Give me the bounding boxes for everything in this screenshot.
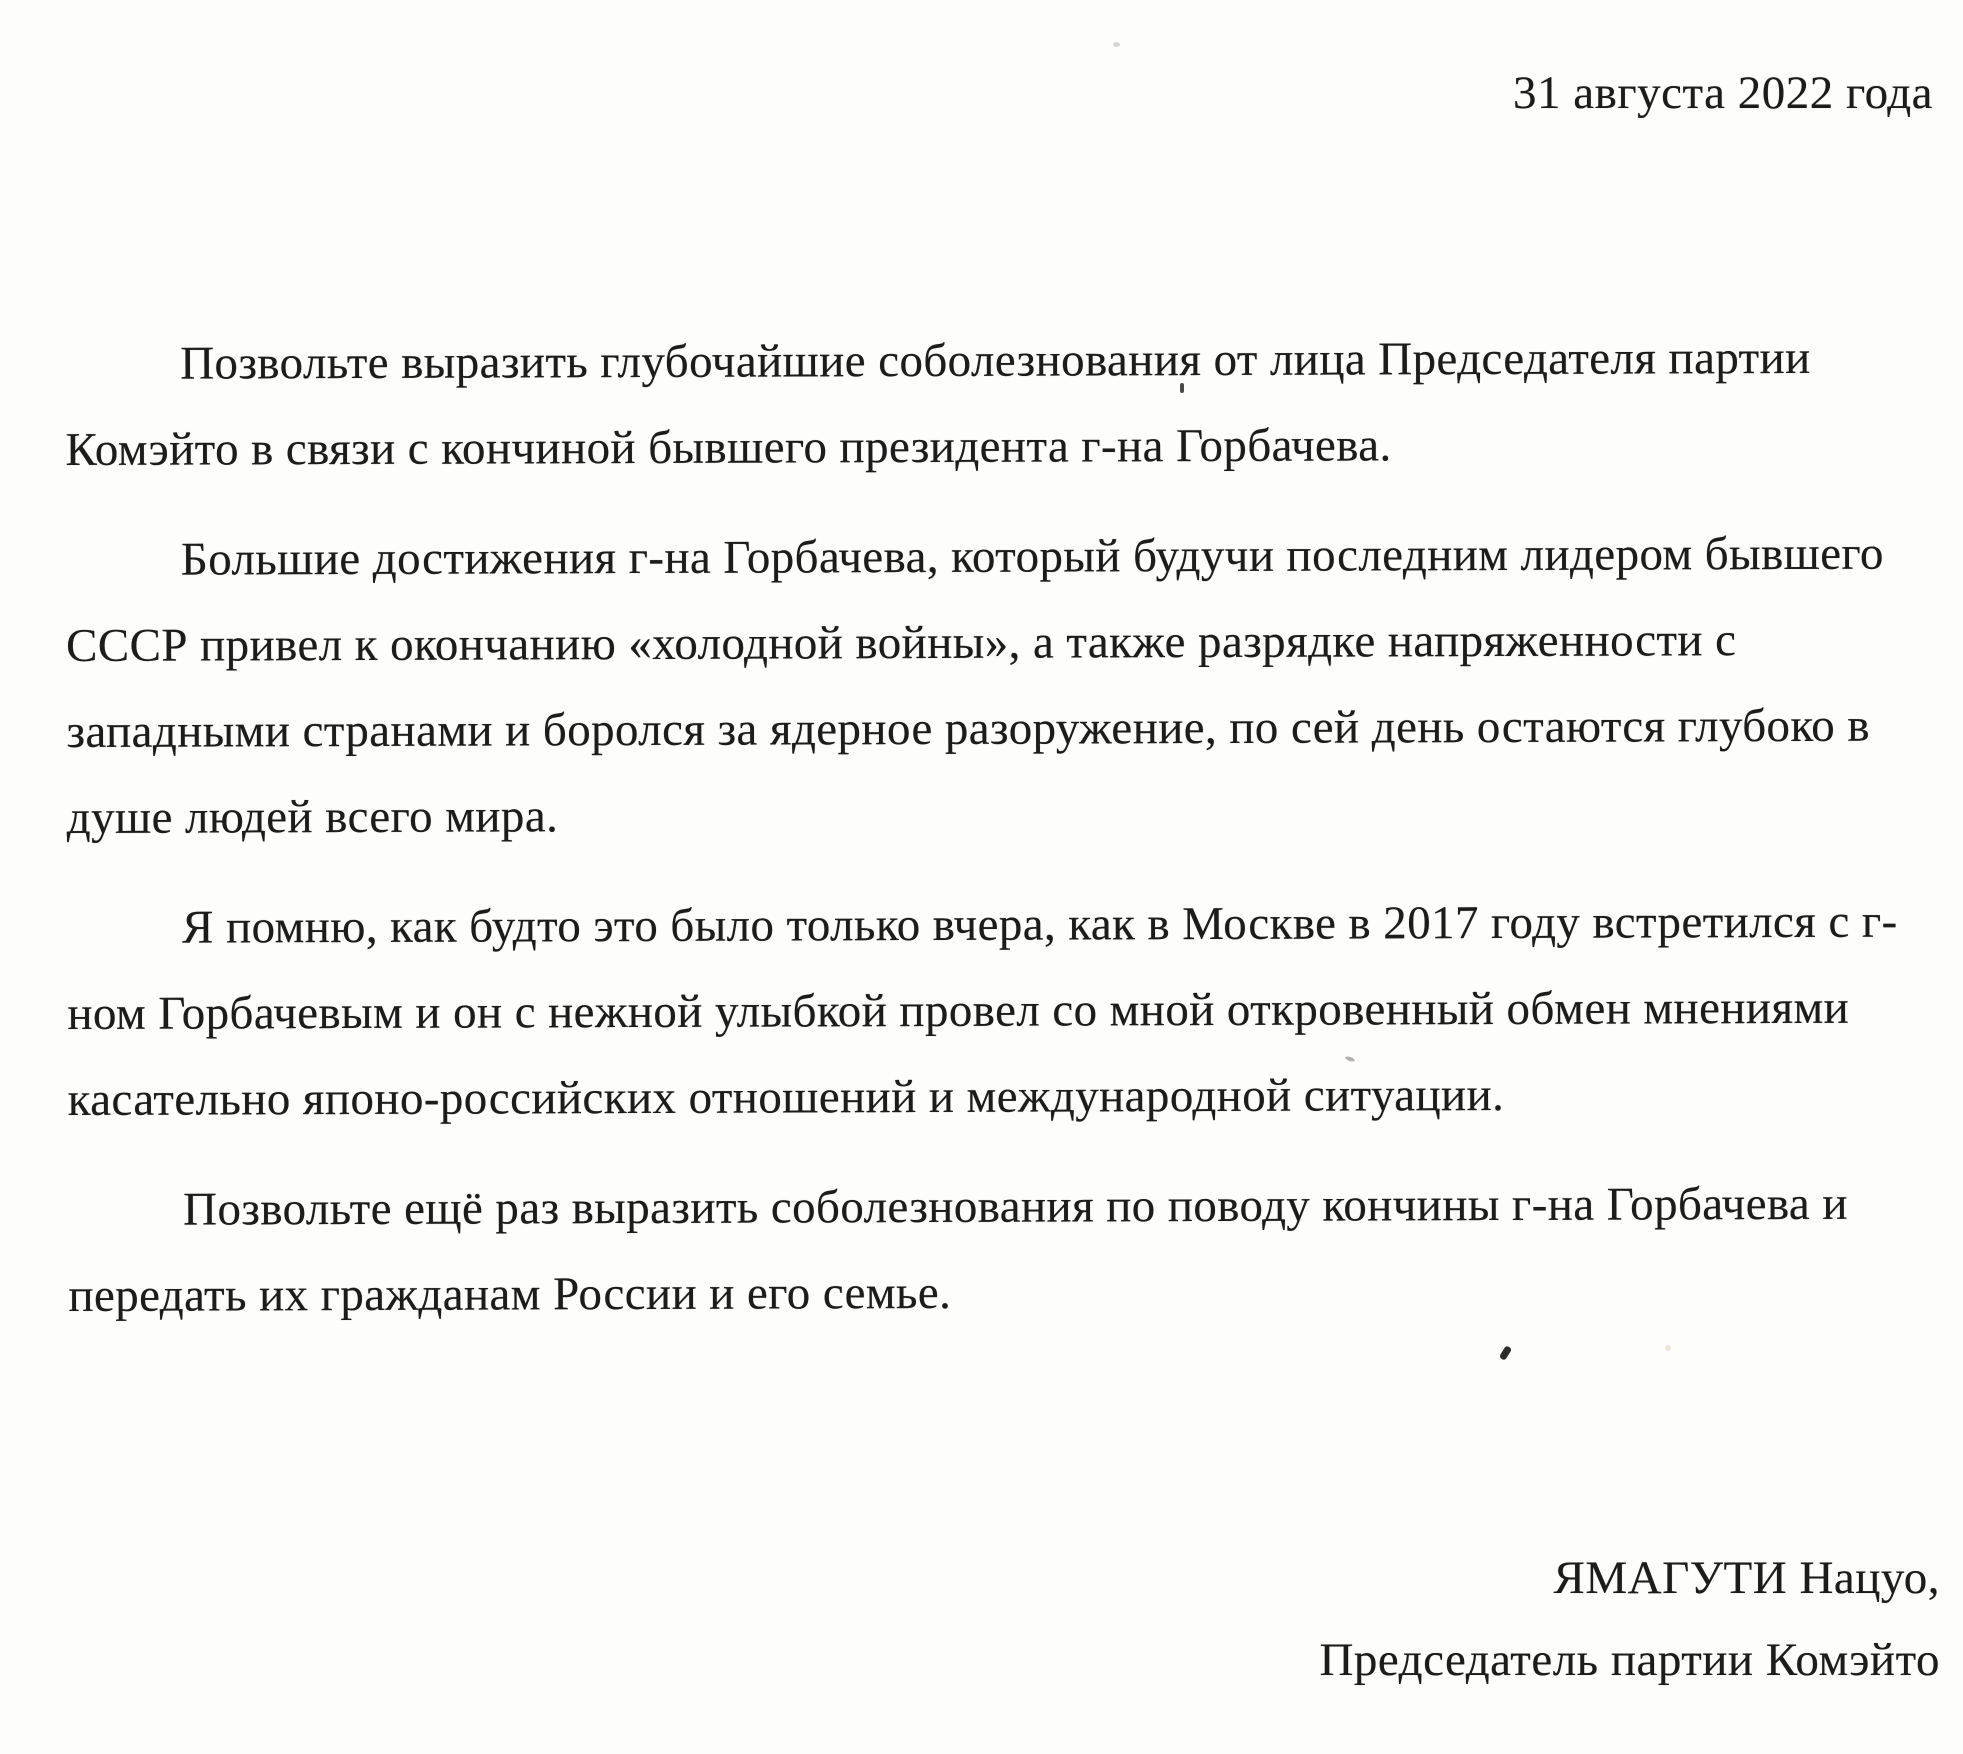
text-line: передать их гражданам России и его семье… (68, 1247, 1918, 1339)
paragraph-3: Я помню, как будто это было только вчера… (67, 879, 1918, 1143)
text-line: Большие достижения г-на Горбачева, котор… (66, 511, 1916, 603)
text-line: Позвольте ещё раз выразить соболезновани… (68, 1161, 1918, 1253)
letter-date: 31 августа 2022 года (1513, 60, 1933, 126)
paragraph-2: Большие достижения г-на Горбачева, котор… (66, 511, 1917, 861)
text-line: Позвольте выразить глубочайшие соболезно… (65, 315, 1915, 407)
signature-name: ЯМАГУТИ Нацуо, (1319, 1537, 1940, 1619)
paragraph-1: Позвольте выразить глубочайшие соболезно… (65, 315, 1916, 493)
scan-speck (1180, 383, 1184, 393)
text-line: СССР привел к окончанию «холодной войны»… (66, 597, 1916, 689)
text-line: ном Горбачевым и он с нежной улыбкой про… (67, 965, 1917, 1057)
signature-block: ЯМАГУТИ Нацуо, Председатель партии Комэй… (1319, 1537, 1940, 1701)
text-line: касательно японо-российских отношений и … (68, 1051, 1918, 1143)
text-line: Я помню, как будто это было только вчера… (67, 879, 1917, 971)
scan-speck (1113, 42, 1120, 47)
scan-speck (1665, 1345, 1671, 1351)
text-line: западными странами и боролся за ядерное … (66, 683, 1916, 775)
letter-body: Позвольте выразить глубочайшие соболезно… (65, 315, 1919, 1363)
paragraph-4: Позвольте ещё раз выразить соболезновани… (68, 1161, 1919, 1339)
text-line: Комэйто в связи с кончиной бывшего прези… (65, 401, 1915, 493)
text-line: душе людей всего мира. (67, 769, 1917, 861)
signature-title: Председатель партии Комэйто (1319, 1619, 1940, 1701)
letter-page: 31 августа 2022 года Позвольте выразить … (0, 0, 1963, 1754)
